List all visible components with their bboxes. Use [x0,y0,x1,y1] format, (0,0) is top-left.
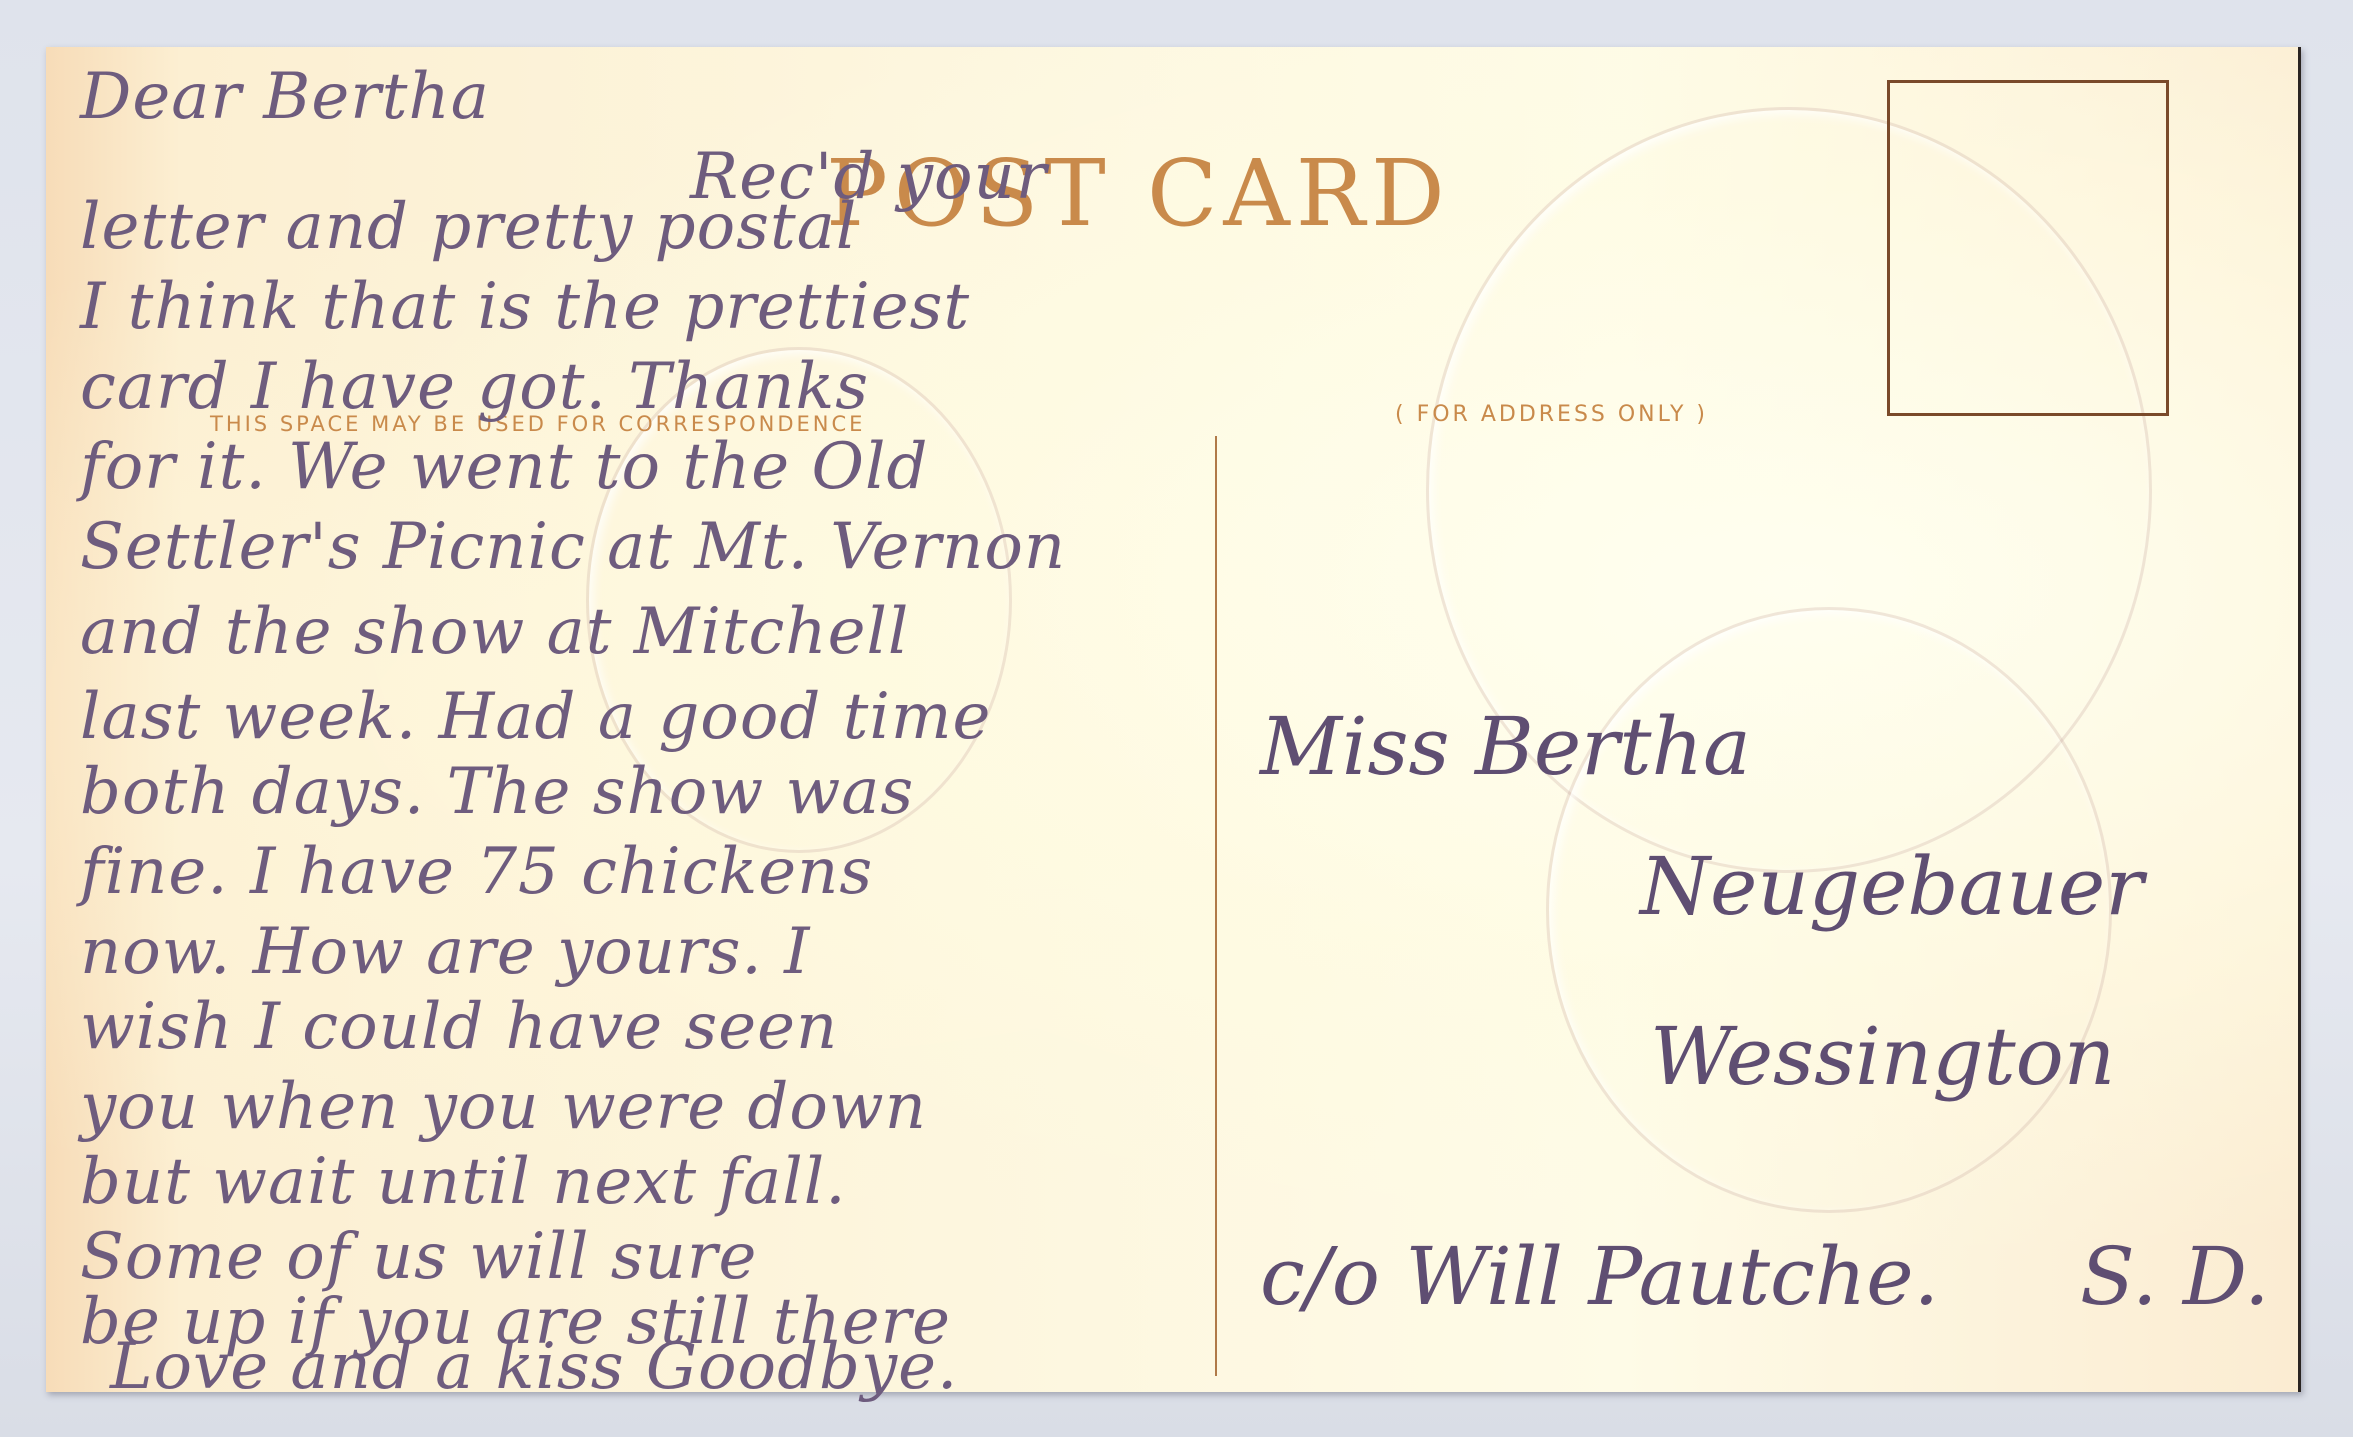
message-line: you when you were down [80,1070,927,1144]
message-line: I think that is the prettiest [80,270,970,344]
message-line: last week. Had a good time [80,680,991,754]
address-line: S. D. [2080,1230,2270,1323]
message-line: Love and a kiss Goodbye. [110,1330,958,1404]
message-line: but wait until next fall. [80,1145,847,1219]
stamp-box [1887,80,2169,416]
address-line: Wessington [1650,1010,2115,1103]
message-line: and the show at Mitchell [80,595,909,669]
message-line: both days. The show was [80,755,914,829]
address-line: c/o Will Pautche. [1260,1230,1939,1323]
message-line: Settler's Picnic at Mt. Vernon [80,510,1066,584]
center-divider-line [1215,436,1217,1376]
message-line: fine. I have 75 chickens [80,835,873,909]
message-line: Dear Bertha [80,60,490,134]
message-line: wish I could have seen [80,990,838,1064]
message-line: letter and pretty postal [80,190,857,264]
address-line: Miss Bertha [1260,700,1751,793]
message-line: card I have got. Thanks [80,350,869,424]
address-caption: ( FOR ADDRESS ONLY ) [1395,402,1708,427]
message-line: for it. We went to the Old [80,430,928,504]
address-line: Neugebauer [1640,840,2143,933]
message-line: Some of us will sure [80,1220,757,1294]
message-line: now. How are yours. I [80,915,810,989]
